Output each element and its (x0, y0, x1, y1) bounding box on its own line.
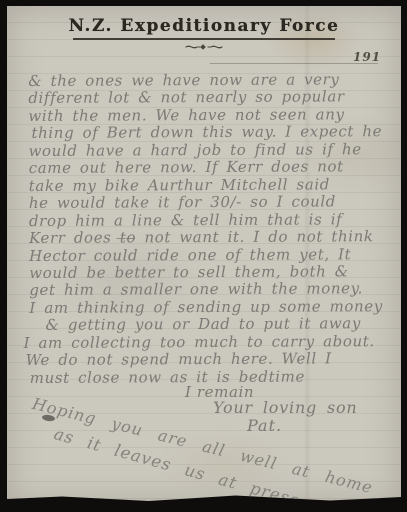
flourish-icon (7, 43, 401, 51)
letter-body: & the ones we have now are a very differ… (22, 71, 396, 387)
signature: Pat. (247, 416, 282, 435)
handwritten-line: We do not spend much here. Well I (24, 350, 396, 369)
date-year-prefix: 191 (353, 50, 381, 64)
letterhead-underline (73, 38, 335, 40)
letter-page: N.Z. Expeditionary Force 191 & the ones … (7, 6, 401, 504)
closing-valediction: Your loving son (213, 398, 358, 417)
handwritten-line: came out here now. If Kerr does not (23, 158, 395, 177)
letterhead-title: N.Z. Expeditionary Force (69, 16, 340, 36)
photo-frame: { "document": { "letterhead": { "title":… (0, 0, 407, 512)
letterhead: N.Z. Expeditionary Force (7, 16, 401, 51)
